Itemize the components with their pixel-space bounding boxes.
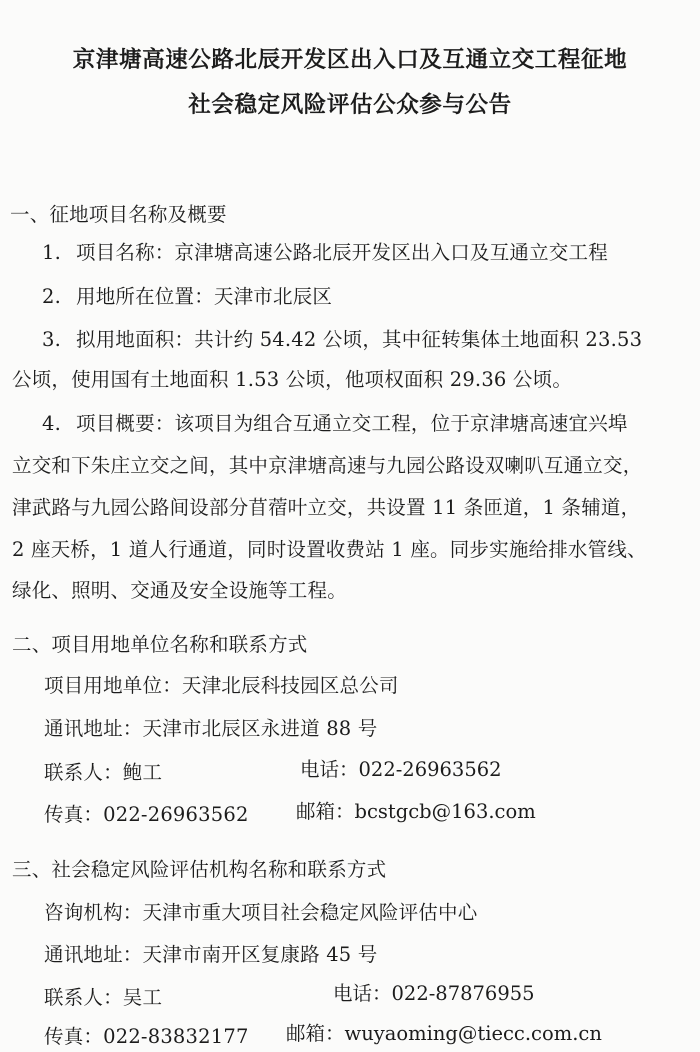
section3-phone: 电话：022-87876955 [333,981,535,1007]
item-number: 3. [42,327,76,353]
section1-item-1: 1.项目名称：京津塘高速公路北辰开发区出入口及互通立交工程 [42,240,608,266]
section2-unit: 项目用地单位：天津北辰科技园区总公司 [44,673,399,699]
section1-item-4-cont-3: 2 座天桥，1 道人行通道，同时设置收费站 1 座。同步实施给排水管线、 [12,537,647,563]
document-page: 京津塘高速公路北辰开发区出入口及互通立交工程征地 社会稳定风险评估公众参与公告 … [0,0,700,1052]
section3-agency: 咨询机构：天津市重大项目社会稳定风险评估中心 [44,900,477,926]
section2-fax: 传真：022-26963562 [44,802,249,828]
section1-item-4-cont-2: 津武路与九园公路间设部分苜蓿叶立交，共设置 11 条匝道，1 条辅道， [12,495,640,521]
item-text: 项目概要：该项目为组合互通立交工程，位于京津塘高速宜兴埠 [76,412,628,435]
section2-contact: 联系人：鲍工 [44,760,162,786]
section2-phone: 电话：022-26963562 [300,757,502,783]
item-text: 项目名称：京津塘高速公路北辰开发区出入口及互通立交工程 [76,241,608,264]
section2-address: 通讯地址：天津市北辰区永进道 88 号 [44,716,378,742]
section1-item-4-cont-4: 绿化、照明、交通及安全设施等工程。 [12,578,347,604]
title-line-1: 京津塘高速公路北辰开发区出入口及互通立交工程征地 [0,45,700,75]
section3-fax: 传真：022-83832177 [44,1024,249,1050]
item-number: 1. [42,240,76,266]
section1-item-2: 2.用地所在位置：天津市北辰区 [42,284,332,310]
section3-heading: 三、社会稳定风险评估机构名称和联系方式 [12,857,386,883]
item-text: 用地所在位置：天津市北辰区 [76,285,332,308]
section1-item-3-cont: 公顷，使用国有土地面积 1.53 公顷，他项权面积 29.36 公顷。 [12,367,572,393]
section2-email: 邮箱：bcstgcb@163.com [296,799,536,825]
section1-heading: 一、征地项目名称及概要 [10,202,227,228]
item-text: 拟用地面积：共计约 54.42 公顷，其中征转集体土地面积 23.53 [76,328,642,351]
section3-address: 通讯地址：天津市南开区复康路 45 号 [44,942,378,968]
section1-item-4: 4.项目概要：该项目为组合互通立交工程，位于京津塘高速宜兴埠 [42,411,628,437]
section2-heading: 二、项目用地单位名称和联系方式 [12,632,308,658]
title-line-2: 社会稳定风险评估公众参与公告 [0,90,700,120]
item-number: 2. [42,284,76,310]
section1-item-4-cont-1: 立交和下朱庄立交之间，其中京津塘高速与九园公路设双喇叭互通立交， [12,453,642,479]
section1-item-3: 3.拟用地面积：共计约 54.42 公顷，其中征转集体土地面积 23.53 [42,327,642,353]
section3-contact: 联系人：吴工 [44,985,162,1011]
section3-email: 邮箱：wuyaoming@tiecc.com.cn [286,1021,602,1047]
item-number: 4. [42,411,76,437]
